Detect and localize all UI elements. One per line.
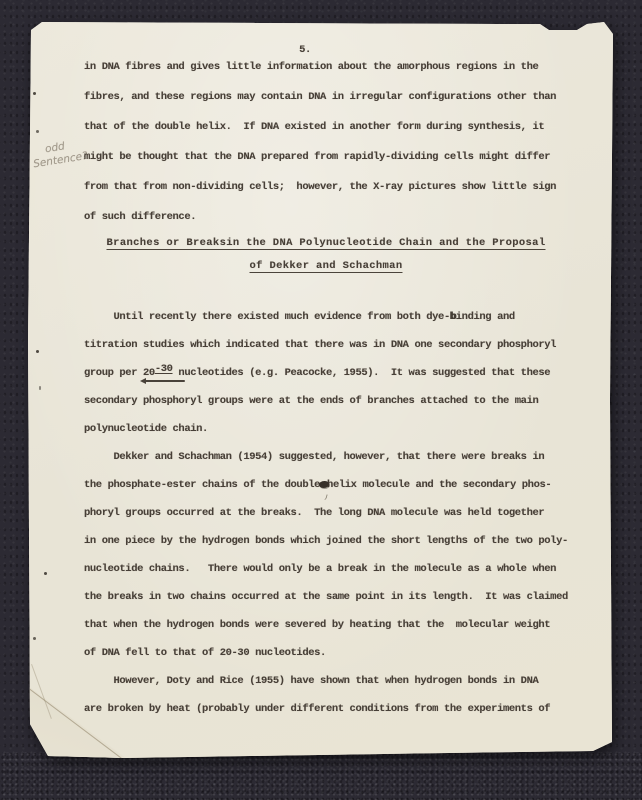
pencil-correction-arrow [145, 380, 185, 382]
manuscript-page-wrapper: 5. odd Sentence? in DNA fibres and gives… [28, 20, 613, 758]
text-line: that of the double helix. If DNA existed… [84, 112, 568, 142]
text-line: in DNA fibres and gives little informati… [84, 52, 568, 82]
pencil-margin-dot [39, 386, 41, 390]
pencil-margin-dot [36, 350, 39, 353]
text-line: are broken by heat (probably under diffe… [84, 695, 568, 723]
paragraph-4: However, Doty and Rice (1955) have shown… [84, 667, 568, 723]
text-line: Dekker and Schachman (1954) suggested, h… [84, 443, 568, 471]
pencil-margin-dot [33, 92, 36, 95]
text-segment: the phosphate-ester chains of the double [84, 479, 320, 491]
section-heading-line1: Branches or Breaksin the DNA Polynucleot… [84, 232, 568, 255]
text-line: nucleotide chains. There would only be a… [84, 555, 568, 583]
photo-background-grain [0, 752, 642, 800]
text-line: polynucleotide chain. [84, 415, 568, 443]
text-line: the breaks in two chains occurred at the… [84, 583, 568, 611]
paragraph-2: Until recently there existed much eviden… [84, 303, 568, 443]
text-line: group per 20-30 nucleotides (e.g. Peacoc… [84, 359, 568, 387]
text-line: titration studies which indicated that t… [84, 331, 568, 359]
paragraph-1: in DNA fibres and gives little informati… [84, 52, 568, 232]
text-segment: Until recently there existed much eviden… [84, 311, 450, 323]
pencil-margin-dot [36, 130, 39, 133]
section-heading-line2: of Dekker and Schachman [84, 255, 568, 278]
superscript-typo: -30 [155, 363, 173, 375]
text-line: from that from non-dividing cells; howev… [84, 172, 568, 202]
manuscript-page: 5. odd Sentence? in DNA fibres and gives… [28, 20, 613, 758]
text-line: phoryl groups occurred at the breaks. Th… [84, 499, 568, 527]
pencil-margin-dot [33, 637, 36, 640]
section-heading: Branches or Breaksin the DNA Polynucleot… [84, 232, 568, 278]
pencil-margin-dot [44, 572, 47, 575]
text-line: might be thought that the DNA prepared f… [84, 142, 568, 172]
text-line: in one piece by the hydrogen bonds which… [84, 527, 568, 555]
text-line: that when the hydrogen bonds were severe… [84, 611, 568, 639]
text-line: of DNA fell to that of 20-30 nucleotides… [84, 639, 568, 667]
paragraph-3: Dekker and Schachman (1954) suggested, h… [84, 443, 568, 667]
text-line: of such difference. [84, 202, 568, 232]
text-line: secondary phosphoryl groups were at the … [84, 387, 568, 415]
text-segment: inding and [456, 311, 515, 323]
text-line: fibres, and these regions may contain DN… [84, 82, 568, 112]
text-line: the phosphate-ester chains of the double… [84, 471, 568, 499]
text-line: However, Doty and Rice (1955) have shown… [84, 667, 568, 695]
text-line: Until recently there existed much eviden… [84, 303, 568, 331]
typed-text-block: in DNA fibres and gives little informati… [84, 52, 568, 723]
text-segment: helix molecule and the secondary phos- [327, 479, 551, 491]
text-segment: nucleotides (e.g. Peacocke, 1955). It wa… [173, 367, 551, 379]
